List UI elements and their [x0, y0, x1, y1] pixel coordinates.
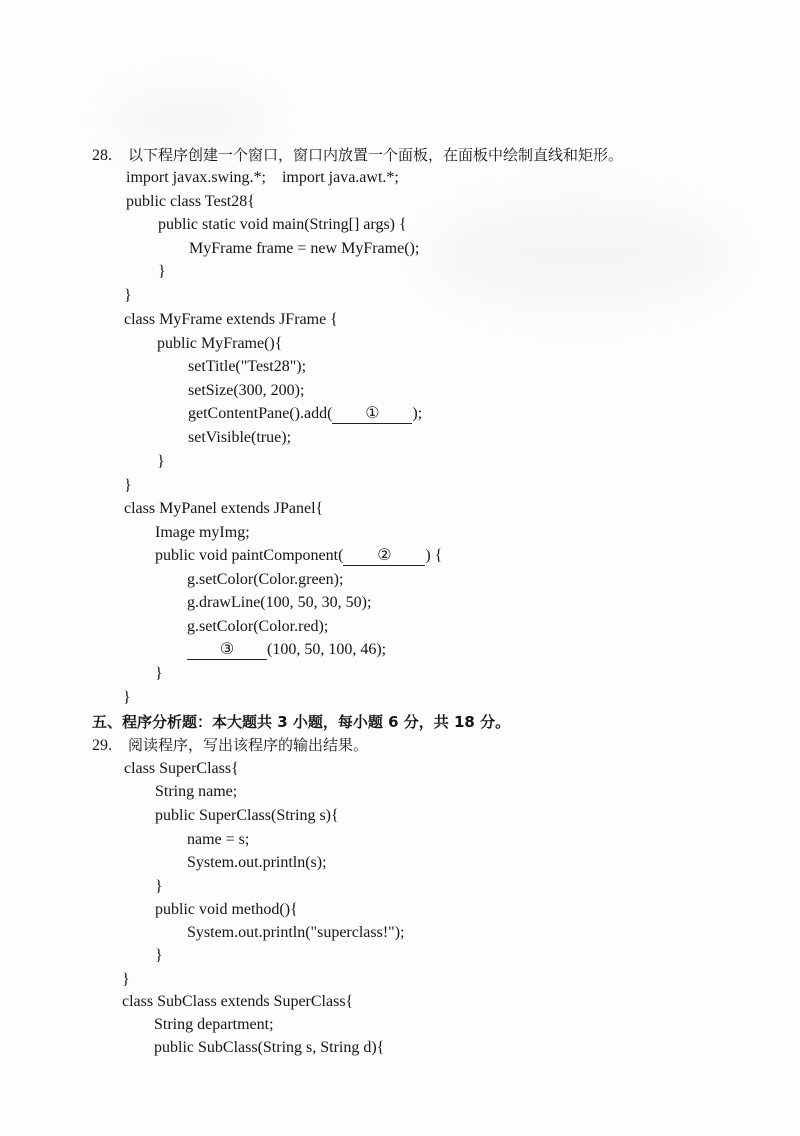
code-line: } — [157, 452, 165, 472]
code-line: setSize(300, 200); — [188, 381, 304, 401]
code-line: public static void main(String[] args) { — [158, 215, 407, 235]
code-line: System.out.println("superclass!"); — [187, 923, 404, 943]
scan-smudge — [430, 200, 730, 310]
code-text: ); — [412, 405, 422, 422]
code-line: class SuperClass{ — [124, 759, 239, 779]
question-29-header: 29.阅读程序，写出该程序的输出结果。 — [92, 735, 368, 756]
exam-page: 28.以下程序创建一个窗口，窗口内放置一个面板，在面板中绘制直线和矩形。 imp… — [0, 0, 800, 1136]
code-line: ③(100, 50, 100, 46); — [187, 640, 386, 660]
code-line: public SuperClass(String s){ — [155, 806, 339, 826]
code-line: getContentPane().add(①); — [188, 404, 422, 424]
code-line: MyFrame frame = new MyFrame(); — [189, 239, 419, 259]
code-line: public SubClass(String s, String d){ — [154, 1038, 384, 1058]
code-line: String department; — [154, 1015, 274, 1035]
code-line: public MyFrame(){ — [157, 334, 282, 354]
code-line: public void method(){ — [155, 900, 298, 920]
question-prompt: 以下程序创建一个窗口，窗口内放置一个面板，在面板中绘制直线和矩形。 — [128, 146, 623, 164]
question-prompt: 阅读程序，写出该程序的输出结果。 — [128, 736, 368, 754]
code-line: class MyFrame extends JFrame { — [124, 310, 338, 330]
question-number: 29. — [92, 736, 128, 756]
code-line: public void paintComponent(②) { — [155, 546, 442, 566]
code-line: } — [122, 970, 130, 990]
question-number: 28. — [92, 146, 128, 166]
code-line: name = s; — [187, 830, 249, 850]
code-line: } — [155, 877, 163, 897]
code-text: (100, 50, 100, 46); — [267, 641, 386, 658]
code-text: ) { — [425, 547, 442, 564]
fill-blank-2[interactable]: ② — [343, 548, 425, 566]
fill-blank-1[interactable]: ① — [332, 406, 412, 424]
code-line: class SubClass extends SuperClass{ — [122, 992, 353, 1012]
code-line: } — [123, 688, 131, 708]
code-line: String name; — [155, 782, 237, 802]
code-line: } — [155, 946, 163, 966]
code-line: } — [158, 262, 166, 282]
code-line: import javax.swing.*; import java.awt.*; — [126, 168, 399, 188]
code-line: } — [155, 664, 163, 684]
code-line: g.drawLine(100, 50, 30, 50); — [187, 593, 371, 613]
code-line: } — [124, 286, 132, 306]
fill-blank-3[interactable]: ③ — [187, 642, 267, 660]
code-line: setTitle("Test28"); — [188, 357, 306, 377]
code-line: g.setColor(Color.red); — [187, 617, 328, 637]
question-28-header: 28.以下程序创建一个窗口，窗口内放置一个面板，在面板中绘制直线和矩形。 — [92, 145, 623, 166]
code-line: setVisible(true); — [188, 428, 291, 448]
section-heading: 五、程序分析题：本大题共 3 小题，每小题 6 分，共 18 分。 — [92, 712, 510, 732]
code-line: System.out.println(s); — [187, 853, 327, 873]
code-line: class MyPanel extends JPanel{ — [124, 499, 323, 519]
code-line: g.setColor(Color.green); — [187, 570, 343, 590]
code-line: } — [124, 476, 132, 496]
code-line: public class Test28{ — [126, 192, 255, 212]
code-text: public void paintComponent( — [155, 547, 343, 564]
scan-smudge — [110, 90, 270, 150]
code-text: getContentPane().add( — [188, 405, 332, 422]
code-line: Image myImg; — [155, 523, 250, 543]
